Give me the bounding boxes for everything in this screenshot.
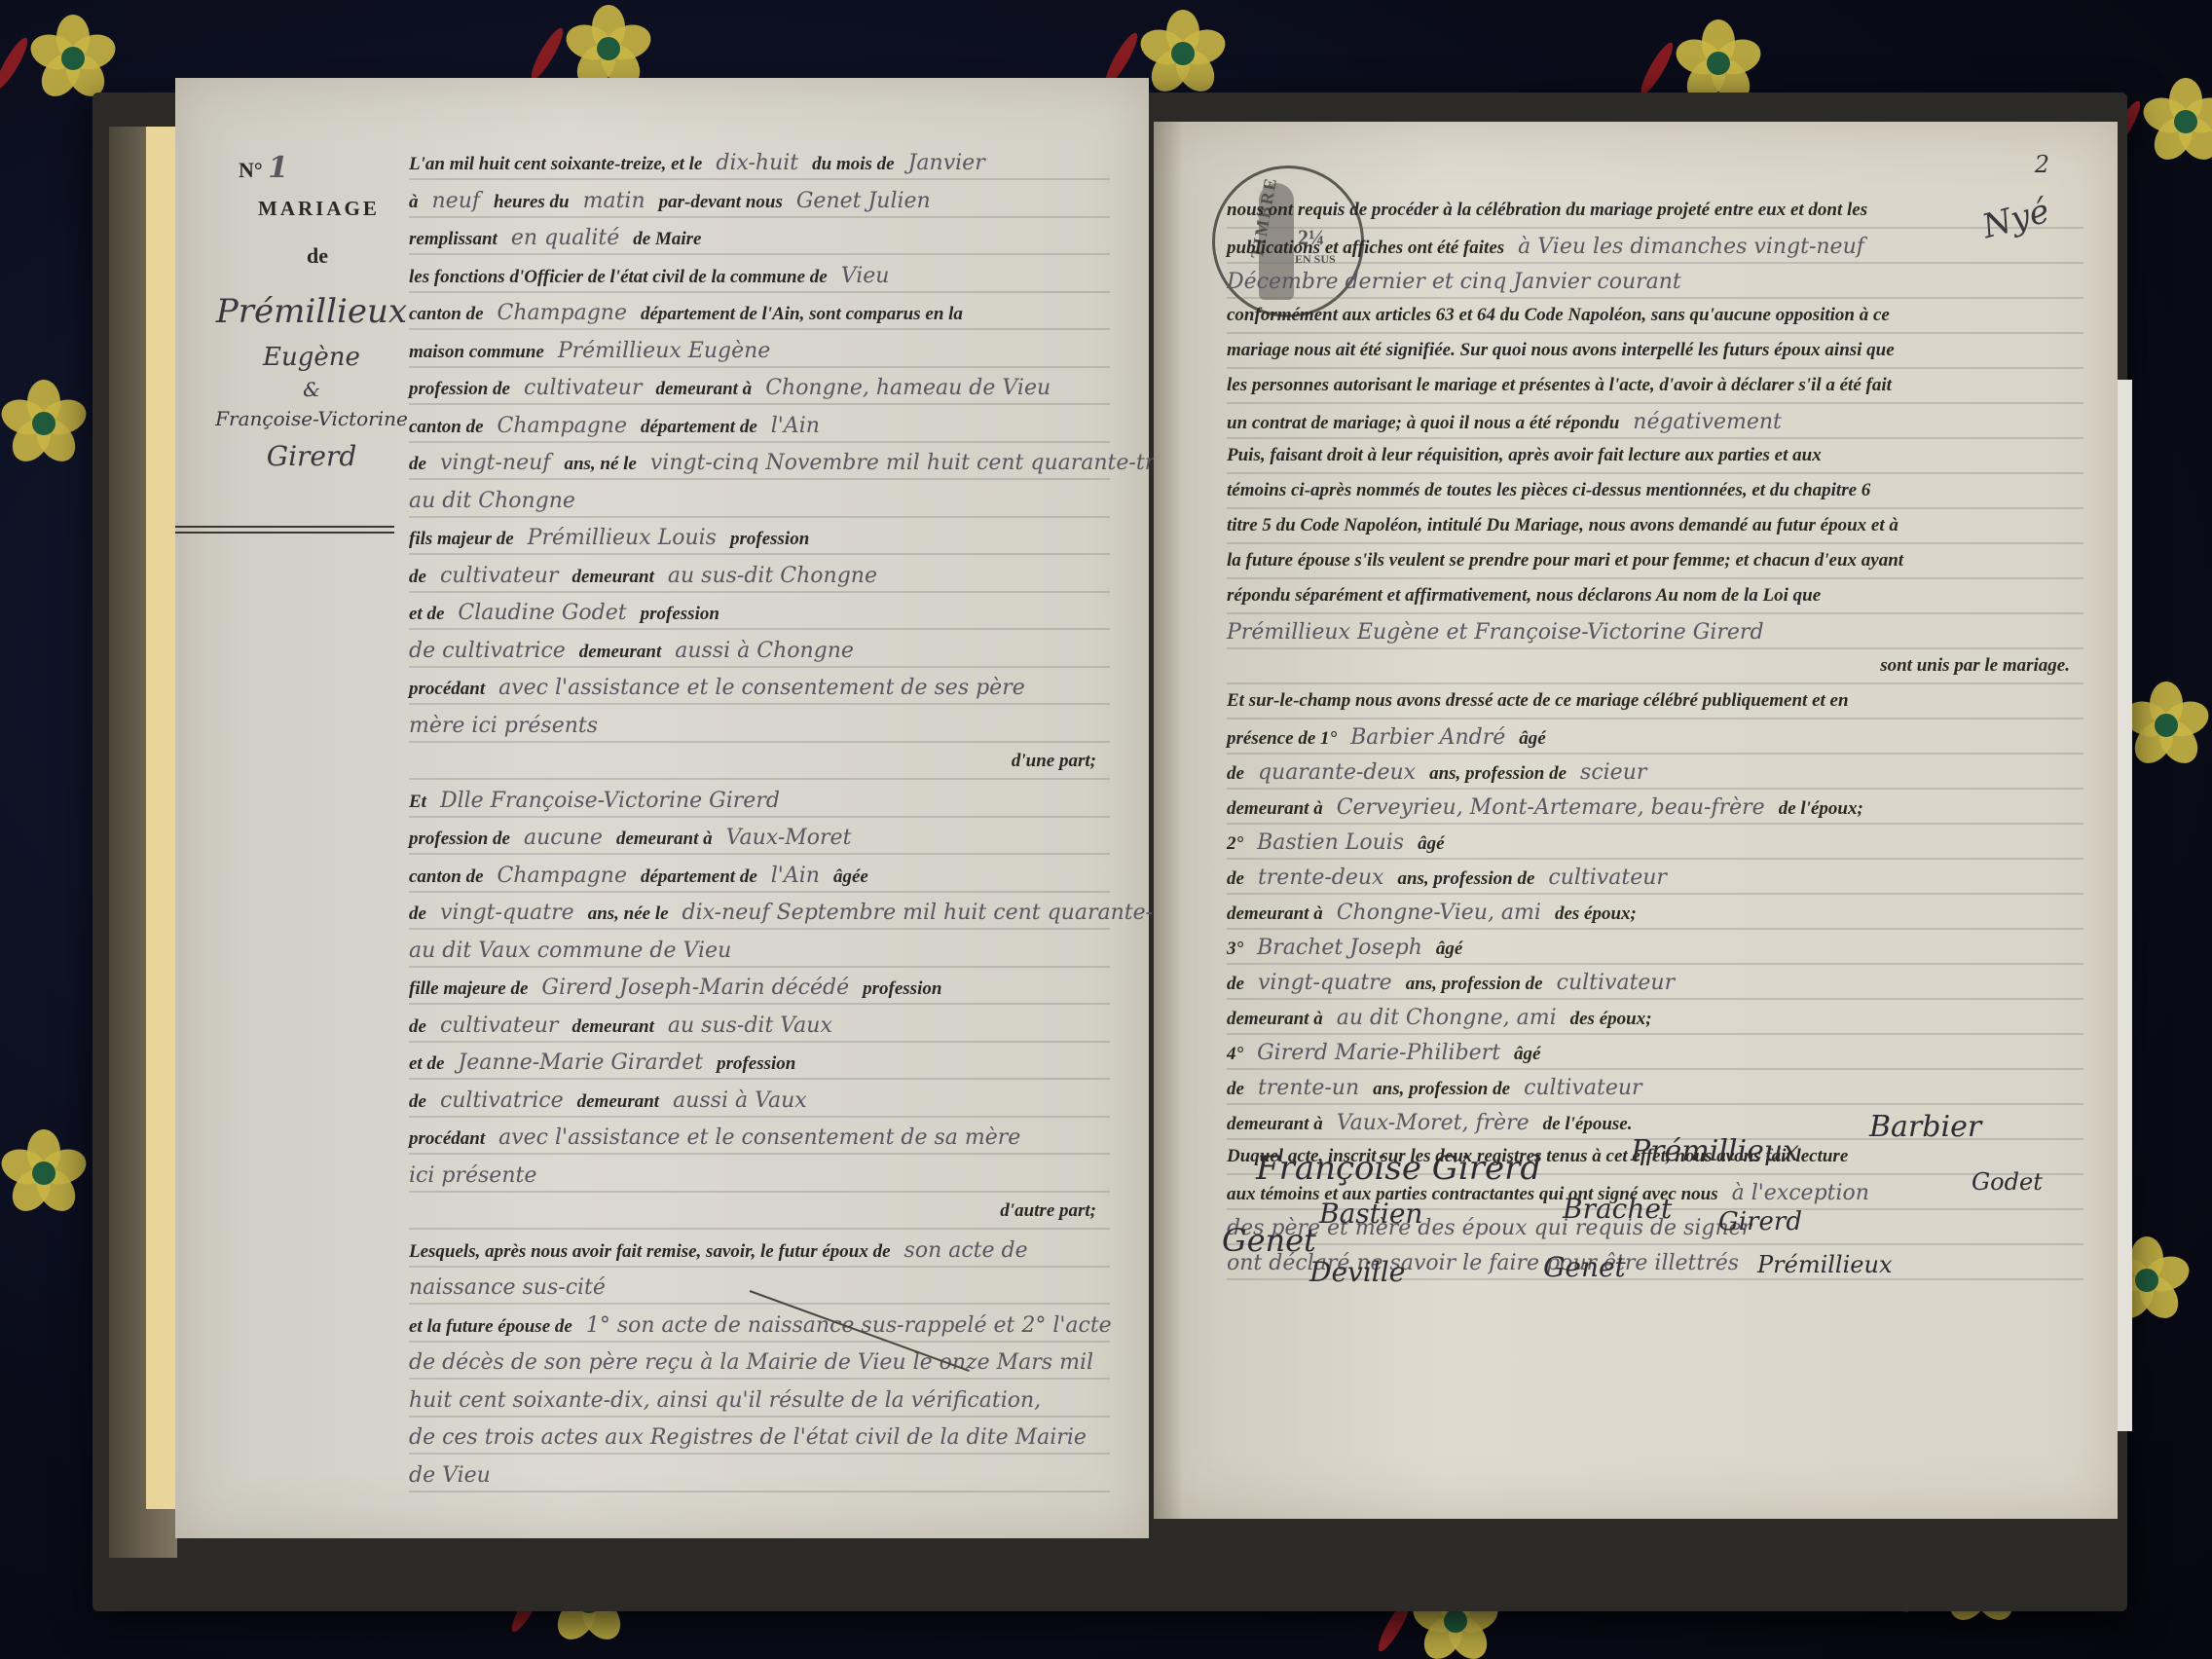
ruled-line	[409, 853, 1110, 855]
handwritten-text: Vieu	[841, 264, 890, 288]
ruled-line	[409, 1228, 1110, 1230]
signature: Genet	[1543, 1251, 1626, 1283]
register-line: Et sur-le-champ nous avons dressé acte d…	[1227, 690, 2083, 712]
printed-text: ans, profession de	[1373, 1079, 1510, 1099]
printed-text: ans, profession de	[1397, 868, 1534, 889]
printed-text: département de	[641, 417, 757, 437]
register-line: canton deChampagnedépartement del'Ain	[409, 414, 1110, 438]
handwritten-text: Prémillieux Eugène et Françoise-Victorin…	[1227, 620, 1764, 645]
ruled-line	[409, 628, 1110, 630]
ruled-line	[409, 1303, 1110, 1305]
ruled-line	[1227, 1068, 2083, 1070]
signature: Godet	[1972, 1168, 2043, 1196]
handwritten-text: cultivatrice	[440, 1088, 564, 1113]
printed-text: procédant	[409, 1128, 485, 1149]
register-line: detrente-deuxans, profession decultivate…	[1227, 866, 2083, 890]
handwritten-text: au dit Chongne, ami	[1337, 1006, 1557, 1030]
signature: Girerd	[1718, 1207, 1802, 1236]
register-line: canton deChampagnedépartement del'Ainâgé…	[409, 864, 1110, 888]
handwritten-text: son acte de	[904, 1238, 1028, 1263]
register-line: canton deChampagnedépartement de l'Ain, …	[409, 301, 1110, 325]
ruled-line	[1227, 437, 2083, 439]
ruled-line	[409, 478, 1110, 480]
handwritten-text: Champagne	[498, 301, 627, 325]
ruled-line	[409, 1378, 1110, 1380]
ruled-line	[409, 1153, 1110, 1155]
ruled-line	[409, 1491, 1110, 1493]
register-line: et deClaudine Godetprofession	[409, 601, 1110, 625]
printed-text: canton de	[409, 417, 484, 437]
ruled-line	[1227, 753, 2083, 755]
handwritten-text: Genet Julien	[796, 189, 931, 213]
printed-text: de	[409, 1016, 426, 1037]
printed-text: Et	[409, 792, 426, 812]
handwritten-text: avec l'assistance et le consentement de …	[498, 676, 1025, 700]
printed-text: ans, né le	[564, 454, 636, 474]
printed-text: de	[1227, 1079, 1244, 1099]
right-page: 2 Nyé TIMBRE 2¼ EN SUS nous ont requis d…	[1154, 122, 2118, 1519]
handwritten-text: mère ici présents	[409, 714, 598, 738]
printed-text: de	[409, 903, 426, 924]
printed-text: ans, profession de	[1406, 974, 1543, 994]
handwritten-text: neuf	[432, 189, 481, 213]
printed-text: profession	[863, 978, 941, 999]
register-line: 2°Bastien Louisâgé	[1227, 830, 2083, 855]
printed-text: âgé	[1514, 1044, 1540, 1064]
register-line: 4°Girerd Marie-Philibertâgé	[1227, 1041, 2083, 1065]
ruled-line	[1227, 577, 2083, 579]
register-line: decultivateurdemeurantau sus-dit Vaux	[409, 1014, 1110, 1038]
act-number-value: 1	[268, 151, 288, 185]
register-line: répondu séparément et affirmativement, n…	[1227, 585, 2083, 607]
register-line: les fonctions d'Officier de l'état civil…	[409, 264, 1110, 288]
register-line: d'une part;	[409, 751, 1110, 772]
signature: Bastien	[1319, 1198, 1422, 1230]
register-line: ici présente	[409, 1163, 1110, 1188]
register-line: profession decultivateurdemeurant àChong…	[409, 376, 1110, 400]
ruled-line	[409, 253, 1110, 255]
handwritten-text: au dit Chongne	[409, 489, 575, 513]
ruled-line	[1227, 262, 2083, 264]
handwritten-text: Barbier André	[1350, 725, 1505, 750]
folio-number: 2	[2035, 151, 2049, 178]
handwritten-text: Vaux-Moret	[726, 826, 852, 850]
printed-text: ans, née le	[588, 903, 669, 924]
register-line: procédantavec l'assistance et le consent…	[409, 1125, 1110, 1150]
printed-text: de	[409, 454, 426, 474]
ruled-line	[409, 816, 1110, 818]
ruled-line	[1227, 788, 2083, 790]
register-line: Puis, faisant droit à leur réquisition, …	[1227, 445, 2083, 466]
handwritten-text: dix-huit	[716, 151, 798, 175]
handwritten-text: négativement	[1633, 410, 1782, 434]
printed-text: de l'époux;	[1779, 798, 1863, 819]
printed-text: profession	[717, 1053, 795, 1074]
register-line: Lesquels, après nous avoir fait remise, …	[409, 1238, 1110, 1263]
handwritten-text: cultivateur	[440, 1014, 559, 1038]
printed-text: de	[409, 1091, 426, 1112]
printed-text: 4°	[1227, 1044, 1243, 1064]
register-line: mère ici présents	[409, 714, 1110, 738]
printed-text: âgé	[1519, 728, 1545, 749]
handwritten-text: cultivateur	[1548, 866, 1667, 890]
signature: Prémillieux	[1631, 1134, 1799, 1168]
printed-text: témoins ci-après nommés de toutes les pi…	[1227, 480, 1870, 500]
printed-text: d'une part;	[1012, 751, 1096, 771]
printed-text: âgé	[1436, 939, 1462, 959]
handwritten-text: de décès de son père reçu à la Mairie de…	[409, 1350, 1093, 1375]
register-line: maison communePrémillieux Eugène	[409, 339, 1110, 363]
ruled-line	[409, 1116, 1110, 1118]
printed-text: de Maire	[633, 229, 701, 249]
handwritten-text: Prémillieux Eugène	[558, 339, 770, 363]
register-line: au dit Vaux commune de Vieu	[409, 939, 1110, 963]
ruled-line	[1227, 227, 2083, 229]
ruled-line	[409, 291, 1110, 293]
printed-text: département de l'Ain, sont comparus en l…	[641, 304, 963, 324]
printed-text: demeurant à	[1227, 1009, 1323, 1029]
ruled-line	[409, 441, 1110, 443]
ruled-line	[1227, 367, 2083, 369]
ruled-line	[409, 741, 1110, 743]
ruled-line	[1227, 612, 2083, 614]
printed-text: fille majeure de	[409, 978, 528, 999]
ruled-line	[1227, 507, 2083, 509]
register-line: decultivateurdemeurantau sus-dit Chongne	[409, 564, 1110, 588]
register-line: titre 5 du Code Napoléon, intitulé Du Ma…	[1227, 515, 2083, 536]
handwritten-text: cultivateur	[440, 564, 559, 588]
handwritten-text: de ces trois actes aux Registres de l'ét…	[409, 1425, 1087, 1450]
printed-text: à	[409, 192, 419, 212]
register-line: devingt-quatreans, née ledix-neuf Septem…	[409, 901, 1110, 925]
printed-text: département de	[641, 866, 757, 887]
handwritten-text: de Vieu	[409, 1463, 491, 1488]
register-line: demeurant àChongne-Vieu, amides époux;	[1227, 901, 2083, 925]
ruled-line	[1227, 472, 2083, 474]
register-line: demeurant àau dit Chongne, amides époux;	[1227, 1006, 2083, 1030]
ruled-line	[409, 553, 1110, 555]
fabric-flower-icon	[0, 380, 88, 467]
ruled-line	[409, 178, 1110, 180]
handwritten-text: cultivateur	[524, 376, 643, 400]
margin-divider	[175, 526, 394, 534]
handwritten-text: à l'exception	[1732, 1181, 1869, 1205]
printed-text: d'autre part;	[1000, 1200, 1096, 1221]
register-line: detrente-unans, profession decultivateur	[1227, 1076, 2083, 1100]
act-number: N° 1	[239, 151, 288, 185]
register-line: àneufheures dumatinpar-devant nousGenet …	[409, 189, 1110, 213]
printed-text: fils majeur de	[409, 529, 514, 549]
handwritten-text: naissance sus-cité	[409, 1275, 606, 1300]
ruled-line	[1227, 542, 2083, 544]
printed-text: âgé	[1418, 833, 1444, 854]
register-line: la future épouse s'ils veulent se prendr…	[1227, 550, 2083, 571]
handwritten-text: Vaux-Moret, frère	[1337, 1111, 1530, 1135]
left-page: N° 1 MARIAGE de Prémillieux Eugène & Fra…	[175, 78, 1149, 1538]
register-line: un contrat de mariage; à quoi il nous a …	[1227, 410, 2083, 434]
printed-text: de	[409, 567, 426, 587]
handwritten-text: de cultivatrice	[409, 639, 566, 663]
handwritten-text: au sus-dit Vaux	[668, 1014, 832, 1038]
margin-name-bride-surname: Girerd	[195, 440, 428, 472]
register-line: huit cent soixante-dix, ainsi qu'il résu…	[409, 1388, 1110, 1413]
handwritten-text: vingt-quatre	[1258, 971, 1392, 995]
printed-text: demeurant	[577, 1091, 659, 1112]
ruled-line	[409, 1003, 1110, 1005]
register-line: et la future épouse de1° son acte de nai…	[409, 1313, 1110, 1338]
register-line: de cultivatricedemeurantaussi à Chongne	[409, 639, 1110, 663]
register-line: demeurant àCerveyrieu, Mont-Artemare, be…	[1227, 795, 2083, 820]
register-line: decultivatricedemeurantaussi à Vaux	[409, 1088, 1110, 1113]
signature: Genet	[1222, 1222, 1316, 1259]
ruled-line	[409, 1266, 1110, 1268]
printed-text: demeurant	[571, 567, 653, 587]
handwritten-text: trente-un	[1258, 1076, 1359, 1100]
register-line: L'an mil huit cent soixante-treize, et l…	[409, 151, 1110, 175]
register-line: nous ont requis de procéder à la célébra…	[1227, 200, 2083, 221]
printed-text: de	[1227, 868, 1244, 889]
register-line: 3°Brachet Josephâgé	[1227, 936, 2083, 960]
handwritten-text: l'Ain	[771, 864, 820, 888]
printed-text: nous ont requis de procéder à la célébra…	[1227, 200, 1867, 220]
ruled-line	[409, 666, 1110, 668]
register-line: publications et affiches ont été faitesà…	[1227, 235, 2083, 259]
handwritten-text: à Vieu les dimanches vingt-neuf	[1518, 235, 1864, 259]
ruled-line	[409, 1041, 1110, 1043]
handwritten-text: au sus-dit Chongne	[668, 564, 877, 588]
printed-text: de	[1227, 763, 1244, 784]
printed-text: canton de	[409, 866, 484, 887]
printed-text: remplissant	[409, 229, 498, 249]
register-line: les personnes autorisant le mariage et p…	[1227, 375, 2083, 396]
printed-text: et de	[409, 604, 444, 624]
printed-text: Puis, faisant droit à leur réquisition, …	[1227, 445, 1822, 465]
printed-text: demeurant	[579, 642, 661, 662]
register-line: mariage nous ait été signifiée. Sur quoi…	[1227, 340, 2083, 361]
ruled-line	[1227, 893, 2083, 895]
register-line: Décembre dernier et cinq Janvier courant	[1227, 270, 2083, 294]
margin-de: de	[307, 243, 328, 269]
ruled-line	[1227, 1033, 2083, 1035]
printed-text: demeurant à	[1227, 903, 1323, 924]
handwritten-text: dix-neuf Septembre mil huit cent quarant…	[682, 901, 1197, 925]
register-line: témoins ci-après nommés de toutes les pi…	[1227, 480, 2083, 501]
handwritten-text: Cerveyrieu, Mont-Artemare, beau-frère	[1337, 795, 1765, 820]
handwritten-text: Champagne	[498, 864, 627, 888]
register-line: Prémillieux Eugène et Françoise-Victorin…	[1227, 620, 2083, 645]
printed-text: répondu séparément et affirmativement, n…	[1227, 585, 1821, 606]
printed-text: profession	[641, 604, 719, 624]
margin-name-bride-given: Françoise-Victorine	[195, 407, 428, 430]
ruled-line	[1227, 297, 2083, 299]
printed-text: et la future épouse de	[409, 1316, 572, 1337]
fabric-flower-icon	[2142, 78, 2212, 166]
register-line: sont unis par le mariage.	[1227, 655, 2083, 677]
register-line: de décès de son père reçu à la Mairie de…	[409, 1350, 1110, 1375]
ruled-line	[409, 1078, 1110, 1080]
handwritten-text: ici présente	[409, 1163, 536, 1188]
ruled-line	[1227, 998, 2083, 1000]
register-line: EtDlle Françoise-Victorine Girerd	[409, 789, 1110, 813]
printed-text: ans, profession de	[1429, 763, 1567, 784]
ruled-line	[409, 1453, 1110, 1455]
register-line: d'autre part;	[409, 1200, 1110, 1222]
handwritten-text: Dlle Françoise-Victorine Girerd	[440, 789, 780, 813]
printed-text: profession de	[409, 379, 510, 399]
handwritten-text: avec l'assistance et le consentement de …	[498, 1125, 1020, 1150]
handwritten-text: aussi à Vaux	[673, 1088, 807, 1113]
fabric-flower-icon	[0, 1129, 88, 1217]
register-line: dequarante-deuxans, profession descieur	[1227, 760, 2083, 785]
printed-text: du mois de	[812, 154, 894, 174]
printed-text: âgée	[833, 866, 868, 887]
ruled-line	[409, 1341, 1110, 1343]
handwritten-text: Janvier	[908, 151, 985, 175]
signature: Barbier	[1869, 1110, 1981, 1144]
printed-text: par-devant nous	[659, 192, 783, 212]
ruled-line	[1227, 963, 2083, 965]
printed-text: demeurant	[571, 1016, 653, 1037]
ruled-line	[409, 928, 1110, 930]
handwritten-text: Claudine Godet	[458, 601, 626, 625]
printed-text: titre 5 du Code Napoléon, intitulé Du Ma…	[1227, 515, 1899, 535]
ruled-line	[409, 366, 1110, 368]
printed-text: demeurant à	[655, 379, 752, 399]
handwritten-text: vingt-cinq Novembre mil huit cent quaran…	[650, 451, 1186, 475]
act-number-label: N°	[239, 158, 263, 182]
handwritten-text: trente-deux	[1258, 866, 1384, 890]
printed-text: demeurant à	[616, 829, 713, 849]
ruled-line	[409, 216, 1110, 218]
handwritten-text: Chongne, hameau de Vieu	[765, 376, 1051, 400]
register-line: profession deaucunedemeurant àVaux-Moret	[409, 826, 1110, 850]
margin-title: MARIAGE	[258, 197, 380, 221]
handwritten-text: en qualité	[511, 226, 619, 250]
handwritten-text: au dit Vaux commune de Vieu	[409, 939, 731, 963]
printed-text: mariage nous ait été signifiée. Sur quoi…	[1227, 340, 1895, 360]
handwritten-text: Chongne-Vieu, ami	[1337, 901, 1541, 925]
printed-text: publications et affiches ont été faites	[1227, 238, 1504, 258]
handwritten-text: vingt-neuf	[440, 451, 551, 475]
ruled-line	[1227, 647, 2083, 649]
printed-text: les fonctions d'Officier de l'état civil…	[409, 267, 828, 287]
handwritten-text: vingt-quatre	[440, 901, 574, 925]
printed-text: profession de	[409, 829, 510, 849]
handwritten-text: cultivateur	[1557, 971, 1676, 995]
ruled-line	[409, 703, 1110, 705]
handwritten-text: Prémillieux Louis	[528, 526, 717, 550]
ruled-line	[1227, 402, 2083, 404]
signature: Françoise Girerd	[1256, 1149, 1541, 1188]
printed-text: procédant	[409, 679, 485, 699]
margin-name-groom-surname: Prémillieux	[195, 292, 428, 331]
printed-text: L'an mil huit cent soixante-treize, et l…	[409, 154, 702, 174]
signature: Brachet	[1563, 1193, 1672, 1225]
register-line: fille majeure deGirerd Joseph-Marin décé…	[409, 976, 1110, 1000]
register-line: de Vieu	[409, 1463, 1110, 1488]
handwritten-text: l'Ain	[771, 414, 820, 438]
signature: Deville	[1309, 1256, 1405, 1288]
ruled-line	[1227, 718, 2083, 719]
ruled-line	[409, 966, 1110, 968]
handwritten-text: Bastien Louis	[1257, 830, 1404, 855]
margin-name-and: &	[195, 378, 428, 401]
printed-text: les personnes autorisant le mariage et p…	[1227, 375, 1892, 395]
register-line: fils majeur dePrémillieux Louisprofessio…	[409, 526, 1110, 550]
handwritten-text: matin	[583, 189, 645, 213]
handwritten-text: Brachet Joseph	[1257, 936, 1422, 960]
ruled-line	[1227, 858, 2083, 860]
ruled-line	[409, 516, 1110, 518]
register-line: de ces trois actes aux Registres de l'ét…	[409, 1425, 1110, 1450]
printed-text: maison commune	[409, 342, 544, 362]
ruled-line	[1227, 1243, 2083, 1245]
ruled-line	[409, 591, 1110, 593]
printed-text: un contrat de mariage; à quoi il nous a …	[1227, 413, 1619, 433]
ruled-line	[1227, 823, 2083, 825]
register-line: conformément aux articles 63 et 64 du Co…	[1227, 305, 2083, 326]
ruled-line	[409, 891, 1110, 893]
handwritten-text: huit cent soixante-dix, ainsi qu'il résu…	[409, 1388, 1041, 1413]
printed-text: des époux;	[1555, 903, 1637, 924]
register-line: remplissanten qualitéde Maire	[409, 226, 1110, 250]
register-line: naissance sus-cité	[409, 1275, 1110, 1300]
register-line: au dit Chongne	[409, 489, 1110, 513]
printed-text: de l'épouse.	[1543, 1114, 1633, 1134]
printed-text: 3°	[1227, 939, 1243, 959]
printed-text: conformément aux articles 63 et 64 du Co…	[1227, 305, 1890, 325]
handwritten-text: Girerd Marie-Philibert	[1257, 1041, 1500, 1065]
handwritten-text: Champagne	[498, 414, 627, 438]
ruled-line	[1227, 332, 2083, 334]
printed-text: de	[1227, 974, 1244, 994]
margin-name-groom-given: Eugène	[195, 343, 428, 372]
fabric-flower-icon	[1139, 10, 1227, 97]
handwritten-text: cultivateur	[1524, 1076, 1642, 1100]
register-line: devingt-quatreans, profession decultivat…	[1227, 971, 2083, 995]
ruled-line	[1227, 928, 2083, 930]
fabric-flower-icon	[2122, 682, 2210, 769]
printed-text: la future épouse s'ils veulent se prendr…	[1227, 550, 1903, 571]
handwritten-text: scieur	[1580, 760, 1646, 785]
register-line: et deJeanne-Marie Girardetprofession	[409, 1051, 1110, 1075]
printed-text: 2°	[1227, 833, 1243, 854]
margin-names: Prémillieux Eugène & Françoise-Victorine…	[195, 292, 428, 472]
printed-text: des époux;	[1570, 1009, 1652, 1029]
ruled-line	[1227, 1103, 2083, 1105]
printed-text: Et sur-le-champ nous avons dressé acte d…	[1227, 690, 1849, 711]
ruled-line	[409, 328, 1110, 330]
printed-text: et de	[409, 1053, 444, 1074]
ruled-line	[409, 403, 1110, 405]
printed-text: demeurant à	[1227, 798, 1323, 819]
handwritten-text: quarante-deux	[1258, 760, 1416, 785]
handwritten-text: aussi à Chongne	[675, 639, 854, 663]
printed-text: profession	[730, 529, 809, 549]
printed-text: demeurant à	[1227, 1114, 1323, 1134]
printed-text: sont unis par le mariage.	[1880, 655, 2070, 676]
ruled-line	[1227, 682, 2083, 684]
printed-text: Lesquels, après nous avoir fait remise, …	[409, 1241, 891, 1262]
register-line: devingt-neufans, né levingt-cinq Novembr…	[409, 451, 1110, 475]
handwritten-text: aucune	[524, 826, 603, 850]
handwritten-text: Girerd Joseph-Marin décédé	[541, 976, 849, 1000]
printed-text: heures du	[494, 192, 570, 212]
printed-text: canton de	[409, 304, 484, 324]
handwritten-text: Jeanne-Marie Girardet	[458, 1051, 703, 1075]
ruled-line	[409, 778, 1110, 780]
signature: Prémillieux	[1757, 1251, 1892, 1278]
